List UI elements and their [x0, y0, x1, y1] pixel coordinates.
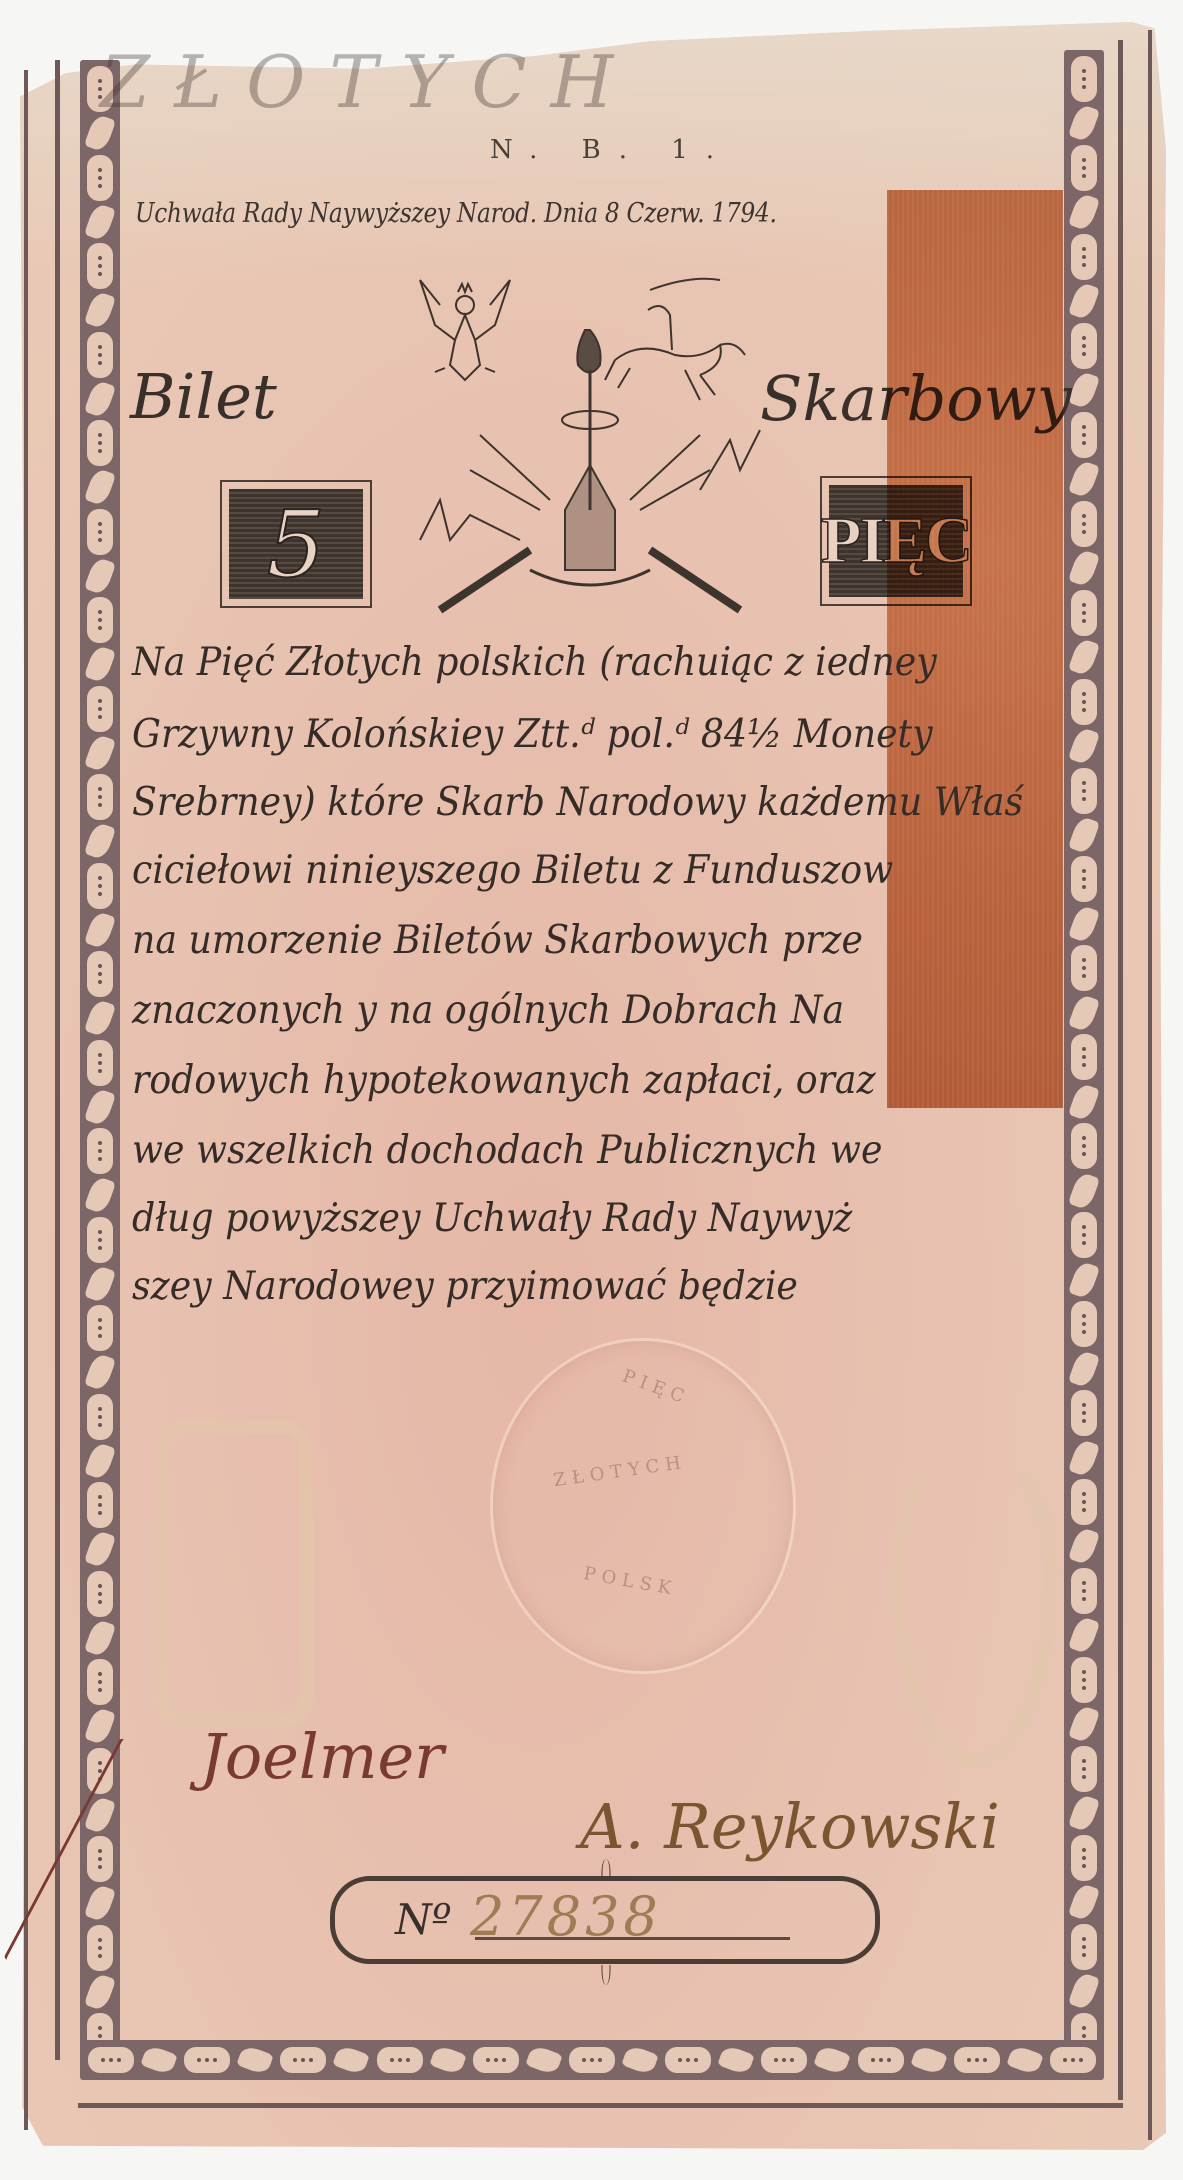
- chain-link: [1068, 637, 1100, 676]
- chain-link: [1071, 679, 1097, 725]
- body-line: we wszelkich dochodach Publicznych we: [132, 1128, 882, 1173]
- chain-link: [87, 1394, 113, 1440]
- chain-link: [87, 1659, 113, 1705]
- chain-link: [429, 2044, 467, 2076]
- chain-link: [236, 2044, 274, 2076]
- chain-link: [1071, 1479, 1097, 1525]
- chain-link: [84, 1087, 116, 1126]
- chain-link: [1068, 1171, 1100, 1210]
- chain-link: [87, 1571, 113, 1617]
- body-line: Srebrney) które Skarb Narodowy każdemu W…: [132, 780, 1023, 825]
- chain-link: [621, 2044, 659, 2076]
- border-line-bottom: [78, 2103, 1123, 2108]
- chain-link: [1071, 1390, 1097, 1436]
- chain-link: [1071, 145, 1097, 191]
- chain-link: [1050, 2047, 1096, 2073]
- watermark-left: [155, 1420, 313, 1728]
- chain-link: [87, 1305, 113, 1351]
- chain-link: [87, 1836, 113, 1882]
- chain-link: [84, 1353, 116, 1392]
- chain-link: [1068, 1794, 1100, 1833]
- chain-link: [1071, 56, 1097, 102]
- chain-link: [1068, 1705, 1100, 1744]
- chain-link: [1071, 1657, 1097, 1703]
- chain-link: [84, 822, 116, 861]
- chain-link: [1071, 1034, 1097, 1080]
- chain-link: [1068, 1971, 1100, 2010]
- chain-link: [1071, 856, 1097, 902]
- chain-link: [87, 1482, 113, 1528]
- chain-link: [1068, 815, 1100, 854]
- chain-link: [1071, 234, 1097, 280]
- chain-link: [84, 1264, 116, 1303]
- chain-link: [814, 2044, 852, 2076]
- border-line-left-inner: [55, 60, 60, 2060]
- chain-link: [87, 332, 113, 378]
- chain-link: [84, 910, 116, 949]
- chain-link: [1071, 1123, 1097, 1169]
- chain-link: [954, 2047, 1000, 2073]
- chain-link: [910, 2044, 948, 2076]
- chain-link: [473, 2047, 519, 2073]
- chain-link: [84, 1441, 116, 1480]
- chain-link: [1068, 548, 1100, 587]
- top-script-title: ZŁOTYCH: [100, 40, 637, 124]
- seal-text-top: PIĘC: [620, 1366, 693, 1410]
- chain-link: [1068, 1349, 1100, 1388]
- body-line: rodowych hypotekowanych zapłaci, oraz: [132, 1058, 876, 1103]
- chain-link: [858, 2047, 904, 2073]
- emblem-icon: [400, 270, 780, 630]
- chain-link: [1068, 904, 1100, 943]
- chain-link: [84, 999, 116, 1038]
- chain-link: [377, 2047, 423, 2073]
- chain-link: [84, 556, 116, 595]
- chain-link: [1071, 501, 1097, 547]
- chain-link: [761, 2047, 807, 2073]
- serial-prefix: Nº: [395, 1895, 452, 1944]
- chain-link: [1071, 1746, 1097, 1792]
- body-line: na umorzenie Biletów Skarbowych prze: [132, 918, 863, 963]
- chain-link: [88, 2047, 134, 2073]
- chain-link: [87, 597, 113, 643]
- chain-link: [1068, 104, 1100, 143]
- chain-link: [87, 420, 113, 466]
- body-line: znaczonych y na ogólnych Dobrach Na: [132, 988, 844, 1033]
- chain-link: [87, 1925, 113, 1971]
- signature-right: A. Reykowski: [580, 1790, 1000, 1863]
- chain-link: [333, 2044, 371, 2076]
- chain-link: [87, 509, 113, 555]
- chain-link: [87, 1128, 113, 1174]
- chain-border-bottom: [80, 2040, 1104, 2080]
- chain-link: [84, 379, 116, 418]
- chain-link: [87, 951, 113, 997]
- chain-link: [1068, 1438, 1100, 1477]
- seal-text-low: POLSK: [582, 1563, 679, 1600]
- chain-link: [1071, 1924, 1097, 1970]
- chain-link: [1071, 1835, 1097, 1881]
- eagle-icon: [420, 280, 510, 380]
- chain-link: [87, 1040, 113, 1086]
- border-line-left-outer: [24, 70, 28, 2130]
- resolution-line: Uchwała Rady Naywyższey Narod. Dnia 8 Cz…: [135, 198, 777, 229]
- border-line-right-outer: [1148, 30, 1152, 2140]
- border-line-right-inner: [1118, 40, 1123, 2100]
- chain-link: [1071, 1212, 1097, 1258]
- chain-link: [1068, 993, 1100, 1032]
- denomination-numeral: 5: [267, 491, 326, 598]
- chain-link: [1068, 726, 1100, 765]
- chain-link: [140, 2044, 178, 2076]
- body-line: szey Narodowey przyimować będzie: [132, 1264, 798, 1309]
- chain-link: [84, 645, 116, 684]
- body-line: ciciełowi ninieyszego Biletu z Funduszow: [132, 848, 893, 893]
- chain-link: [1068, 1260, 1100, 1299]
- chain-link: [84, 202, 116, 241]
- denomination-numeral-box: 5: [220, 480, 372, 608]
- title-left: Bilet: [130, 360, 277, 433]
- chain-link: [87, 243, 113, 289]
- chain-link: [280, 2047, 326, 2073]
- body-line: Grzywny Kolońskiey Ztt.ᵈ pol.ᵈ 84½ Monet…: [132, 712, 933, 757]
- chain-link: [84, 733, 116, 772]
- signature-left: Joelmer: [200, 1720, 444, 1793]
- chain-link: [665, 2047, 711, 2073]
- chain-link: [1068, 1082, 1100, 1121]
- chain-link: [1071, 412, 1097, 458]
- chain-link: [84, 1972, 116, 2011]
- chain-link: [1071, 1568, 1097, 1614]
- chain-link: [87, 686, 113, 732]
- chain-link: [184, 2047, 230, 2073]
- chain-link: [87, 1217, 113, 1263]
- chain-link: [1068, 459, 1100, 498]
- chain-link: [1071, 590, 1097, 636]
- chain-link: [1006, 2044, 1044, 2076]
- chain-link: [1068, 1616, 1100, 1655]
- chain-link: [1071, 1301, 1097, 1347]
- chain-link: [84, 1707, 116, 1746]
- chain-link: [1071, 323, 1097, 369]
- chain-link: [84, 1176, 116, 1215]
- chain-link: [569, 2047, 615, 2073]
- body-line: Na Pięć Złotych polskich (rachuiąc z ied…: [132, 640, 937, 685]
- chain-link: [87, 863, 113, 909]
- series-label: N. B. 1.: [490, 135, 732, 165]
- chain-link: [84, 291, 116, 330]
- chain-link: [1071, 768, 1097, 814]
- chain-link: [84, 1884, 116, 1923]
- body-line: dług powyższey Uchwały Rady Naywyż: [132, 1196, 852, 1241]
- chain-border-right: [1064, 50, 1104, 2065]
- chain-link: [525, 2044, 563, 2076]
- chain-link: [84, 468, 116, 507]
- horseman-icon: [605, 279, 745, 400]
- chain-link: [1068, 1527, 1100, 1566]
- chain-link: [84, 1530, 116, 1569]
- chain-link: [1068, 371, 1100, 410]
- chain-link: [1068, 193, 1100, 232]
- chain-link: [1071, 945, 1097, 991]
- embossed-seal: PIĘC ZŁOTYCH POLSK: [490, 1338, 796, 1674]
- chain-link: [1068, 282, 1100, 321]
- chain-link: [1068, 1882, 1100, 1921]
- chain-link: [87, 774, 113, 820]
- chain-link: [84, 1618, 116, 1657]
- chain-link: [87, 155, 113, 201]
- chain-link: [717, 2044, 755, 2076]
- serial-underline: [475, 1937, 790, 1940]
- seal-text-mid: ZŁOTYCH: [552, 1452, 688, 1491]
